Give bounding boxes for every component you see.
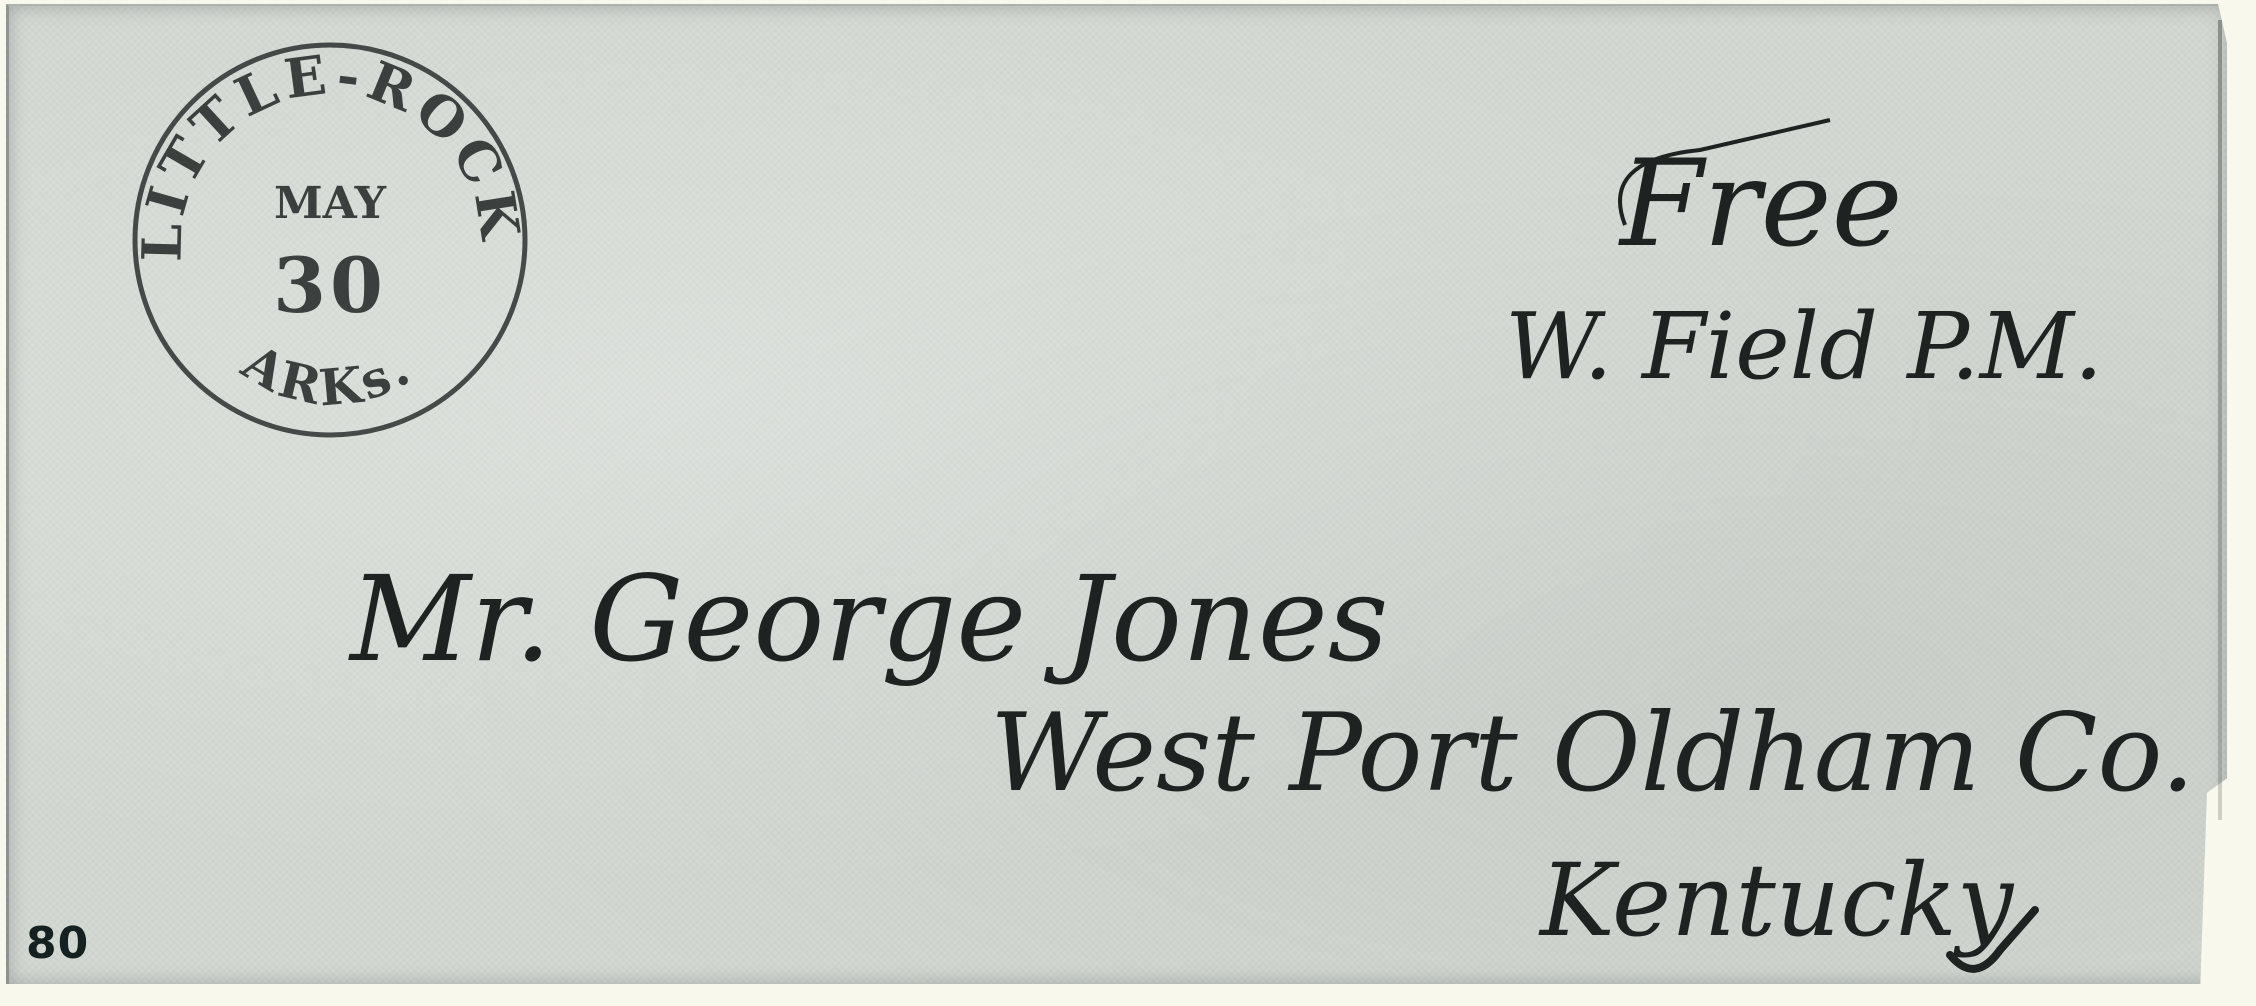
postmark-state: ARKs. [232, 332, 423, 418]
postmark-day: 30 [273, 241, 387, 330]
postmark: LITTLE-ROCK ARKs. MAY 30 [129, 41, 533, 435]
address-block: Mr. George Jones West Port Oldham Co. Ke… [348, 550, 2195, 969]
postmark-month: MAY [274, 178, 387, 229]
address-state: Kentucky [1538, 842, 2015, 959]
postmark-town: LITTLE-ROCK [129, 41, 533, 262]
plate-number: 80 [26, 918, 89, 969]
cover-markings: LITTLE-ROCK ARKs. MAY 30 Free W. Field P… [0, 0, 2256, 1006]
page: LITTLE-ROCK ARKs. MAY 30 Free W. Field P… [0, 0, 2256, 1006]
frank-signature: W. Field P.M. [1505, 293, 2103, 400]
address-town-county: West Port Oldham Co. [990, 691, 2195, 816]
address-name: Mr. George Jones [348, 550, 1388, 688]
free-frank: Free W. Field P.M. [1505, 120, 2103, 400]
